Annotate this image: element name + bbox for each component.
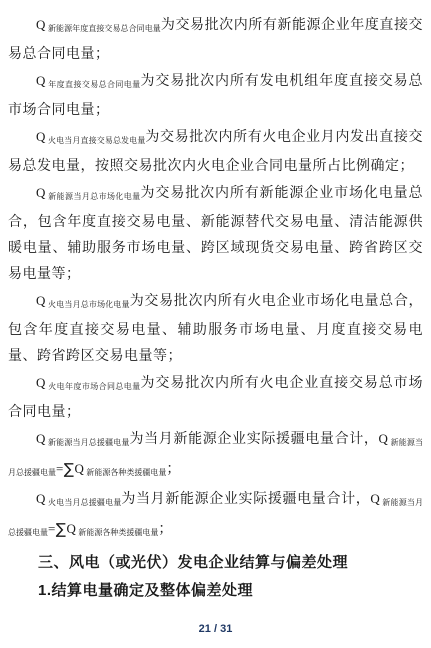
q-symbol: Q (379, 431, 389, 446)
section-heading: 三、风电（或光伏）发电企业结算与偏差处理 (8, 549, 423, 577)
q-subscript: 火电当月直接交易总发电量 (46, 136, 146, 145)
paragraph: Q新能源年度直接交易总合同电量为交易批次内所有新能源企业年度直接交易总合同电量； (8, 12, 423, 68)
q-subscript: 火电年度市场合同总电量 (46, 382, 141, 391)
q-symbol: Q (36, 129, 46, 144)
paragraph: Q年度直接交易总合同电量为交易批次内所有发电机组年度直接交易总市场合同电量； (8, 68, 423, 124)
paragraph: Q新能源当月总市场化电量为交易批次内所有新能源企业市场化电量总合，包含年度直接交… (8, 180, 423, 288)
formula-q-term: Q新能源当月总市场化电量 (36, 186, 141, 201)
q-symbol: Q (370, 491, 380, 506)
formula-q-term: Q火电当月总援疆电量 (36, 492, 121, 507)
q-subscript: 新能源当月总援疆电量 (46, 438, 130, 447)
q-subscript: 新能源当月总市场化电量 (46, 192, 141, 201)
formula-q-term: Q新能源当月总援疆电量 (36, 432, 130, 447)
q-symbol: Q (66, 521, 76, 536)
page-number: 21 / 31 (0, 623, 431, 635)
q-subscript: 新能源年度直接交易总合同电量 (46, 24, 161, 33)
formula-q-term: Q年度直接交易总合同电量 (36, 74, 141, 89)
paragraph: Q火电当月总援疆电量为当月新能源企业实际援疆电量合计，Q新能源当月总援疆电量=∑… (8, 486, 423, 546)
equals-sign: = (48, 521, 56, 536)
paragraph: Q火电当月直接交易总发电量为交易批次内所有火电企业月内发出直接交易总发电量，按照… (8, 124, 423, 180)
paragraph-text: ； (158, 522, 173, 537)
paragraph: Q火电当月总市场化电量为交易批次内所有火电企业市场化电量总合，包含年度直接交易电… (8, 288, 423, 370)
q-subscript: 新能源各种类援疆电量 (84, 468, 166, 477)
paragraph-text: 为当月新能源企业实际援疆电量合计， (121, 492, 370, 507)
document-page: Q新能源年度直接交易总合同电量为交易批次内所有新能源企业年度直接交易总合同电量；… (0, 0, 431, 648)
formula-q-term: Q新能源各种类援疆电量 (66, 522, 158, 537)
section-heading: 1.结算电量确定及整体偏差处理 (8, 577, 423, 605)
formula-q-term: Q新能源各种类援疆电量 (74, 462, 166, 477)
q-subscript: 火电当月总市场化电量 (46, 300, 130, 309)
formula-q-term: Q火电年度市场合同总电量 (36, 376, 141, 391)
q-subscript: 新能源各种类援疆电量 (76, 528, 158, 537)
formula-q-term: Q新能源年度直接交易总合同电量 (36, 18, 161, 33)
q-symbol: Q (36, 431, 46, 446)
q-symbol: Q (36, 185, 46, 200)
q-symbol: Q (36, 73, 46, 88)
paragraph: Q火电年度市场合同总电量为交易批次内所有火电企业直接交易总市场合同电量； (8, 370, 423, 426)
paragraph-text: 1.结算电量确定及整体偏差处理 (38, 582, 253, 599)
q-symbol: Q (36, 293, 46, 308)
sigma-symbol: ∑ (56, 520, 67, 538)
paragraph: Q新能源当月总援疆电量为当月新能源企业实际援疆电量合计，Q新能源当月总援疆电量=… (8, 426, 423, 486)
formula-q-term: Q火电当月直接交易总发电量 (36, 130, 145, 145)
document-body: Q新能源年度直接交易总合同电量为交易批次内所有新能源企业年度直接交易总合同电量；… (8, 12, 423, 605)
paragraph-text: 为当月新能源企业实际援疆电量合计， (130, 432, 379, 447)
q-subscript: 火电当月总援疆电量 (46, 498, 121, 507)
paragraph-text: ； (166, 462, 181, 477)
q-symbol: Q (36, 17, 46, 32)
q-symbol: Q (36, 375, 46, 390)
equals-sign: = (56, 461, 64, 476)
sigma-symbol: ∑ (64, 460, 75, 478)
paragraph-text: 三、风电（或光伏）发电企业结算与偏差处理 (38, 554, 348, 571)
formula-q-term: Q火电当月总市场化电量 (36, 294, 130, 309)
q-symbol: Q (74, 461, 84, 476)
q-symbol: Q (36, 491, 46, 506)
q-subscript: 年度直接交易总合同电量 (46, 80, 141, 89)
